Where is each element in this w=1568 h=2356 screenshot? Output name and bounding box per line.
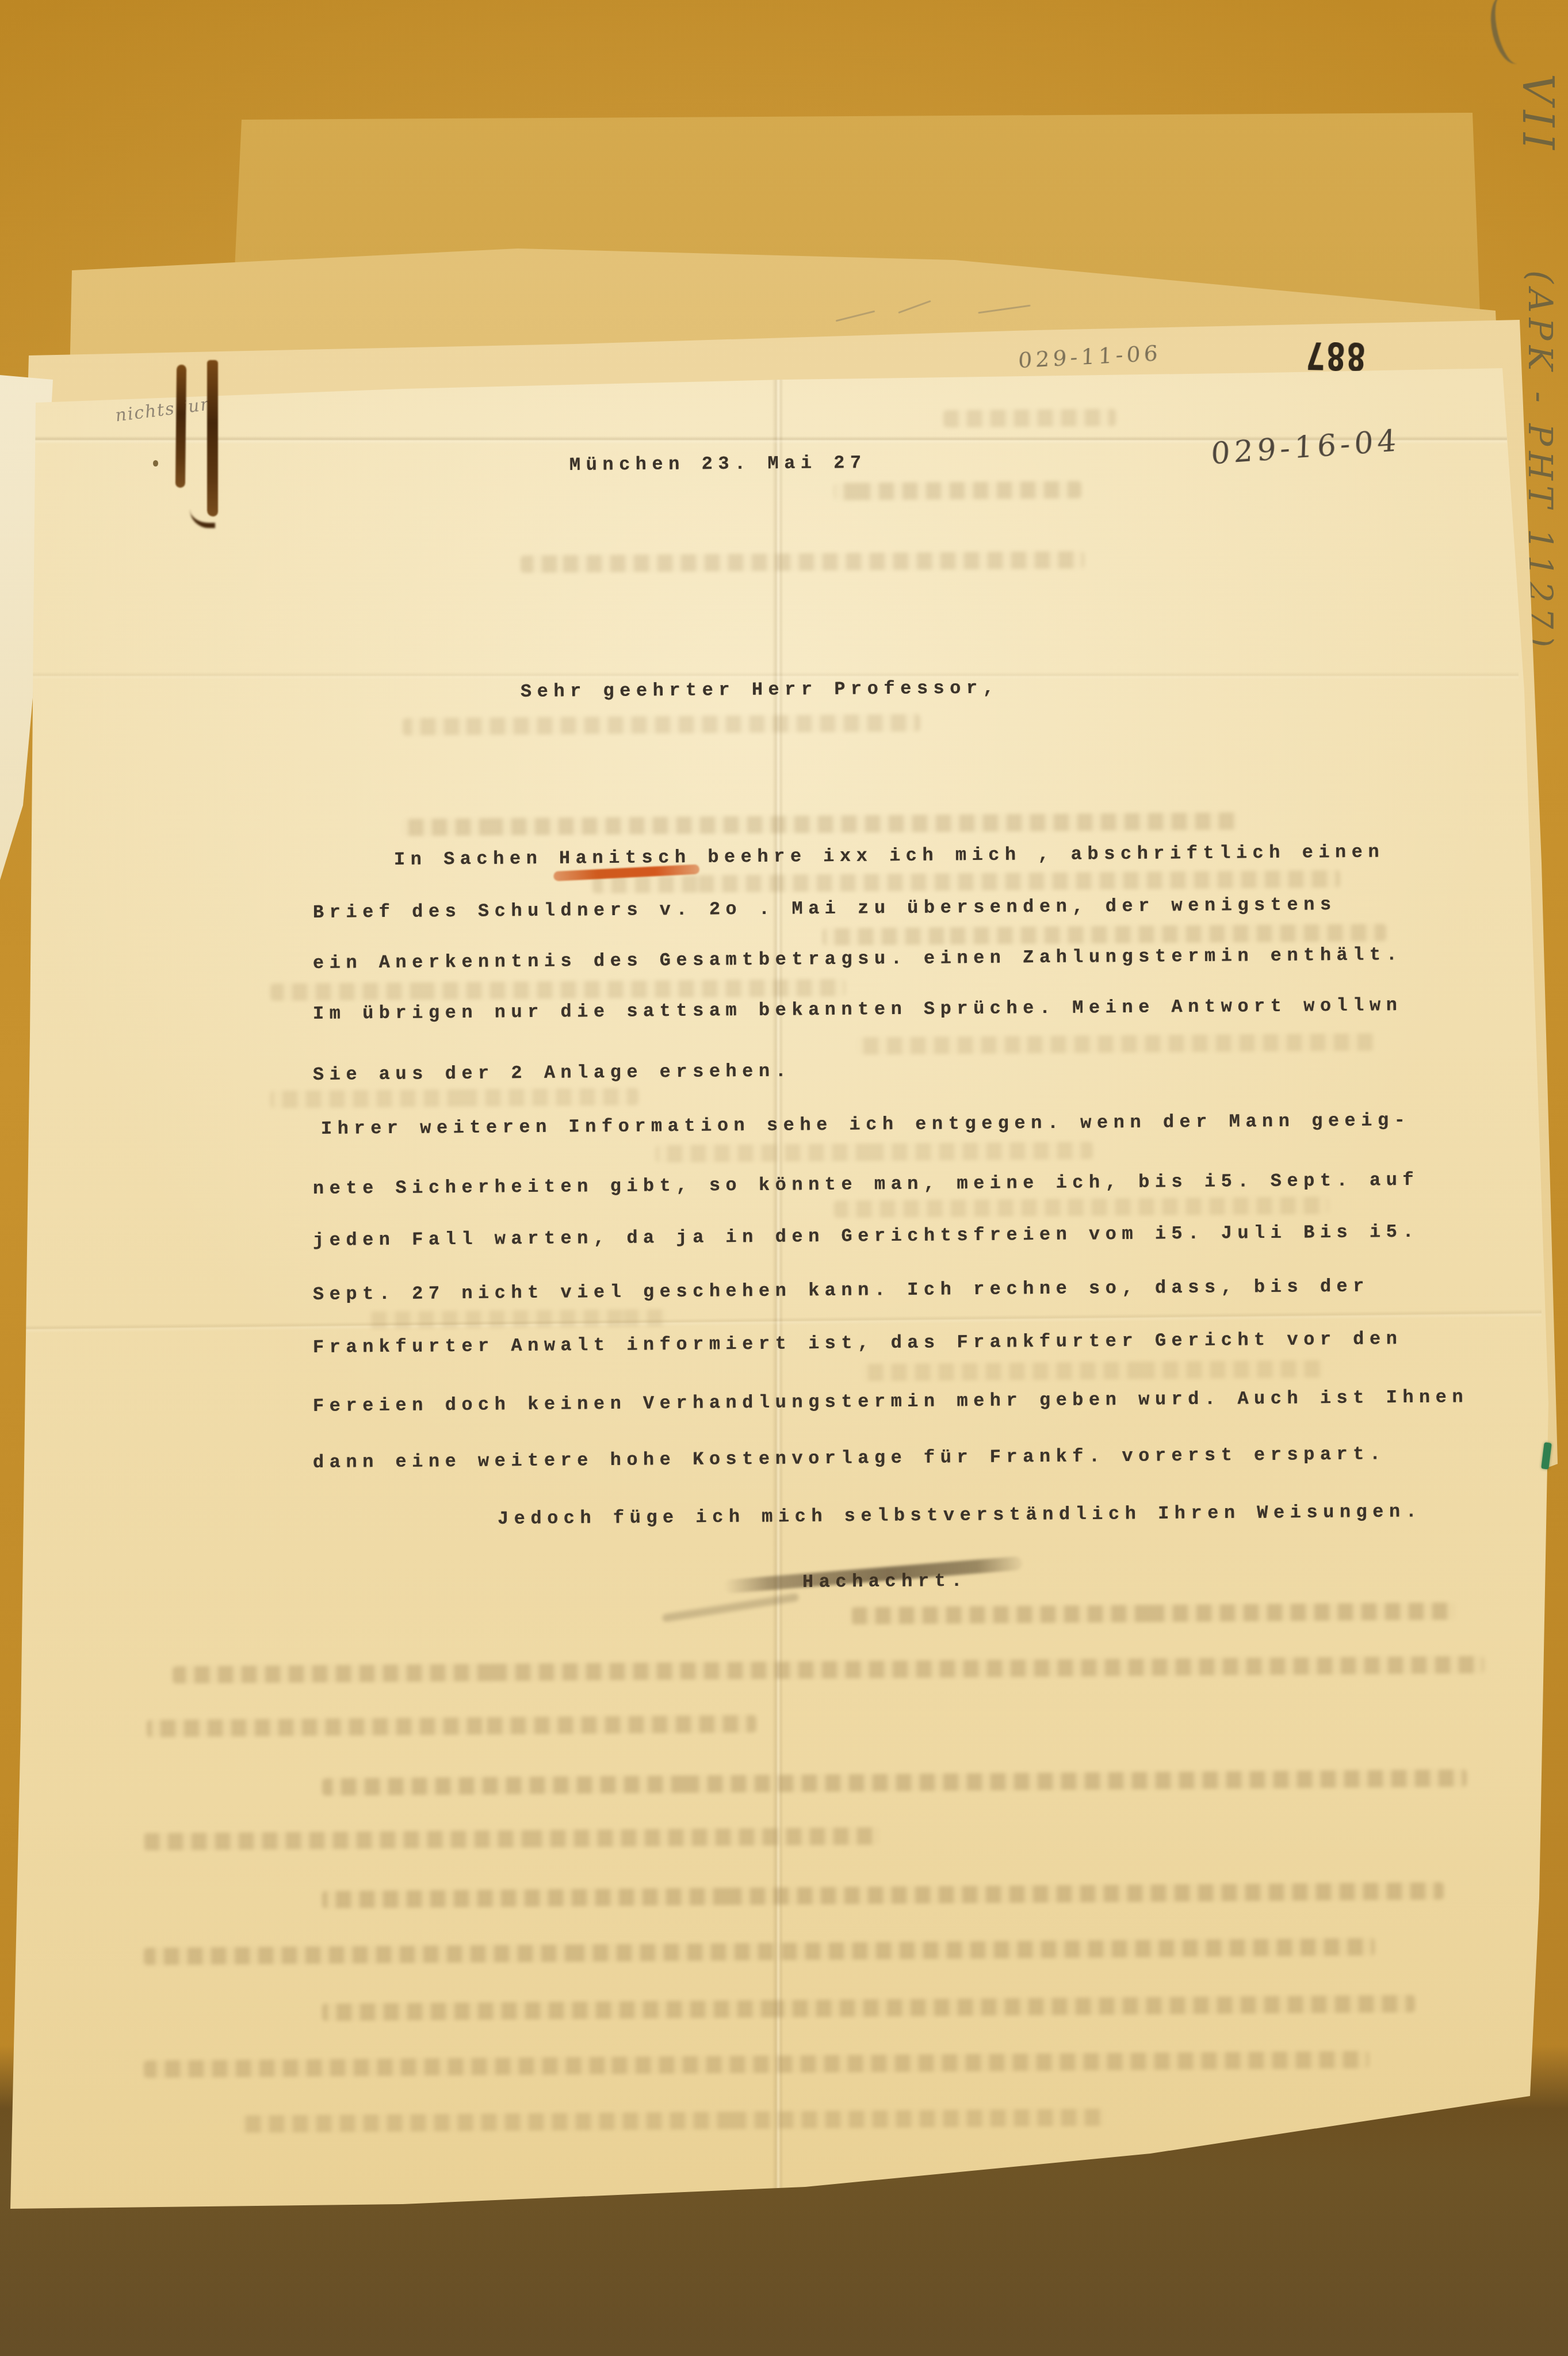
letter-line: dann eine weitere hohe Kostenvorlage für… [313, 1441, 1386, 1476]
letter-line: Brief des Schuldners v. 2o . Mai zu über… [313, 892, 1337, 926]
bleed-through-line [521, 551, 1084, 573]
letter-line-text: In Sachen [394, 848, 559, 870]
bleed-through-line [834, 1197, 1329, 1218]
underlined-name: Hanitsch [559, 847, 691, 869]
bleed-through-line [270, 1088, 638, 1108]
bleed-through-line [242, 2109, 1104, 2133]
bleed-through-line [322, 1882, 1444, 1908]
letter-line: jeden Fall warten, da ja in den Gerichts… [313, 1219, 1419, 1254]
letter-line: In Sachen Hanitsch beehre ixx ich mich ,… [394, 839, 1385, 873]
letter-line: Sept. 27 nicht viel geschehen kann. Ich … [313, 1273, 1370, 1308]
dateline: München 23. Mai 27 [569, 450, 867, 479]
bleed-through-line [857, 1033, 1375, 1054]
letter-line-text: beehre ixx ich mich , abschriftlich eine… [691, 841, 1385, 867]
paperclip-rust-stain [175, 365, 186, 488]
bleed-through-line [403, 812, 1237, 836]
letter-line: Sie aus der 2 Anlage ersehen. [313, 1058, 792, 1088]
archive-photo: VII (APK - PHT 1127) 029-11-06 887 nicht… [0, 0, 1568, 2356]
folder-roman-numeral: VII [1513, 74, 1562, 155]
bleed-through-line [592, 870, 1340, 893]
bleed-through-line [368, 1309, 667, 1329]
bleed-through-line [144, 1827, 880, 1850]
bleed-through-line [144, 2051, 1369, 2078]
bleed-through-line [322, 1769, 1467, 1796]
letter-line: Ihrer weiteren Information sehe ich entg… [321, 1107, 1411, 1142]
ink-speck [153, 460, 158, 466]
bleed-through-line [403, 714, 920, 735]
bleed-through-line [943, 409, 1116, 427]
bleed-through-line [173, 1656, 1484, 1684]
bleed-through-line [147, 1715, 756, 1737]
bleed-through-line [851, 1602, 1455, 1624]
closing-line: Jedoch füge ich mich selbstverständlich … [498, 1498, 1422, 1532]
bleed-through-line [863, 1360, 1323, 1381]
salutation: Sehr geehrter Herr Professor, [521, 675, 1000, 705]
letter-line: Frankfurter Anwalt informiert ist, das F… [313, 1326, 1403, 1361]
letter-line: Fereien doch keinen Verhandlungstermin m… [313, 1384, 1469, 1420]
bleed-through-line [656, 1142, 1093, 1162]
archive-number-handwritten: 029-16-04 [1210, 423, 1401, 471]
bleed-through-line [834, 481, 1081, 500]
folder-ink-curve [1484, 0, 1535, 68]
letter-line: ein Anerkenntnis des Gesamtbetragsu. ein… [313, 942, 1403, 977]
paperclip-rust-stain [207, 360, 218, 517]
bleed-through-line [322, 1995, 1415, 2021]
bleed-through-line [144, 1938, 1375, 1965]
